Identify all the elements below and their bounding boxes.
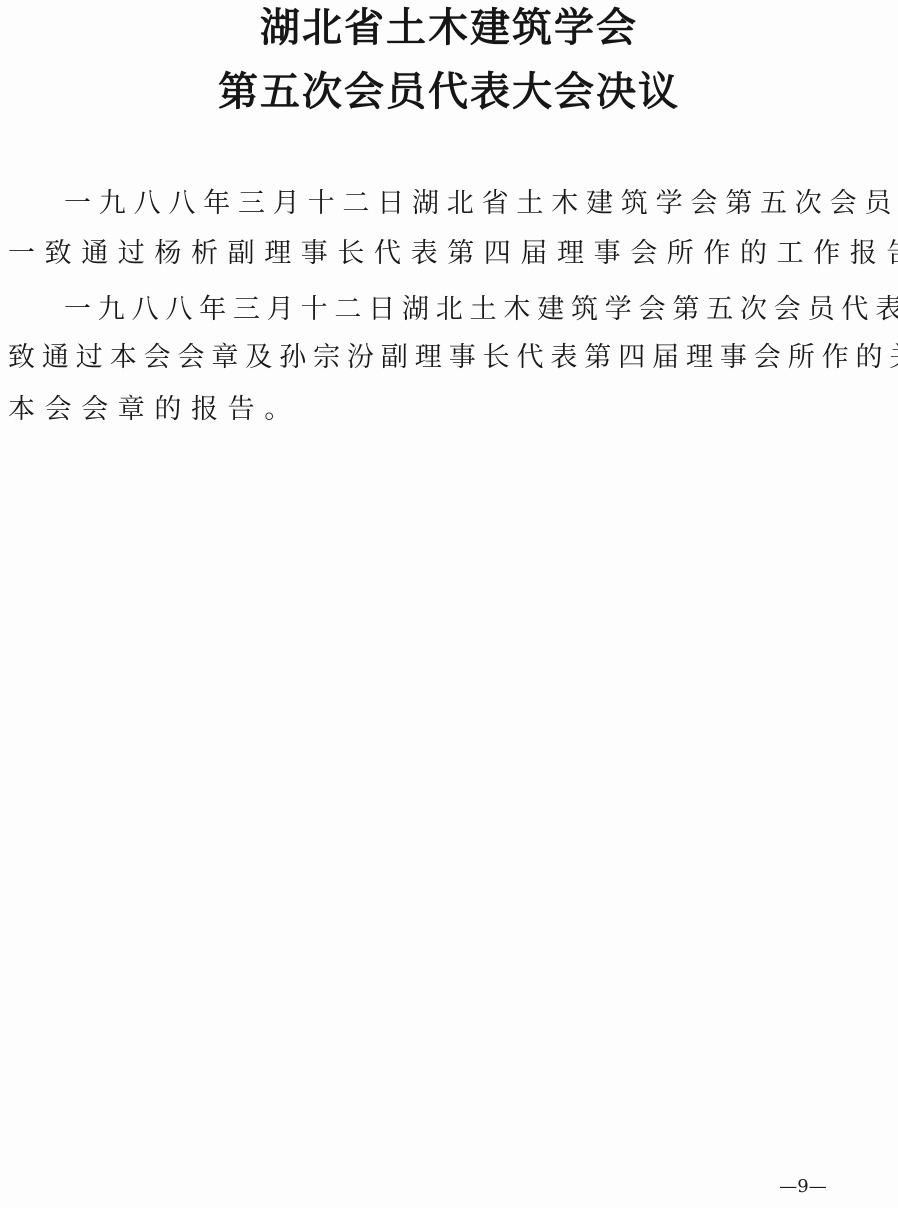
paragraph-2-line-1: 一九八八年三月十二日湖北土木建筑学会第五次会员代表大会一 [64,296,898,323]
document-page: 湖北省土木建筑学会 第五次会员代表大会决议 一九八八年三月十二日湖北省土木建筑学… [0,0,898,1208]
paragraph-1-line-1: 一九八八年三月十二日湖北省土木建筑学会第五次会员代表大会 [64,190,898,217]
paragraph-2-line-2: 致通过本会会章及孙宗汾副理事长代表第四届理事会所作的关于修订 [8,344,898,371]
document-title-line-1: 湖北省土木建筑学会 [0,8,898,48]
paragraph-1-line-2: 一致通过杨析副理事长代表第四届理事会所作的工作报告。 [8,240,898,267]
page-number: —9— [768,1176,838,1197]
document-title-line-2: 第五次会员代表大会决议 [0,72,898,112]
paragraph-2-line-3: 本会会章的报告。 [8,396,301,423]
